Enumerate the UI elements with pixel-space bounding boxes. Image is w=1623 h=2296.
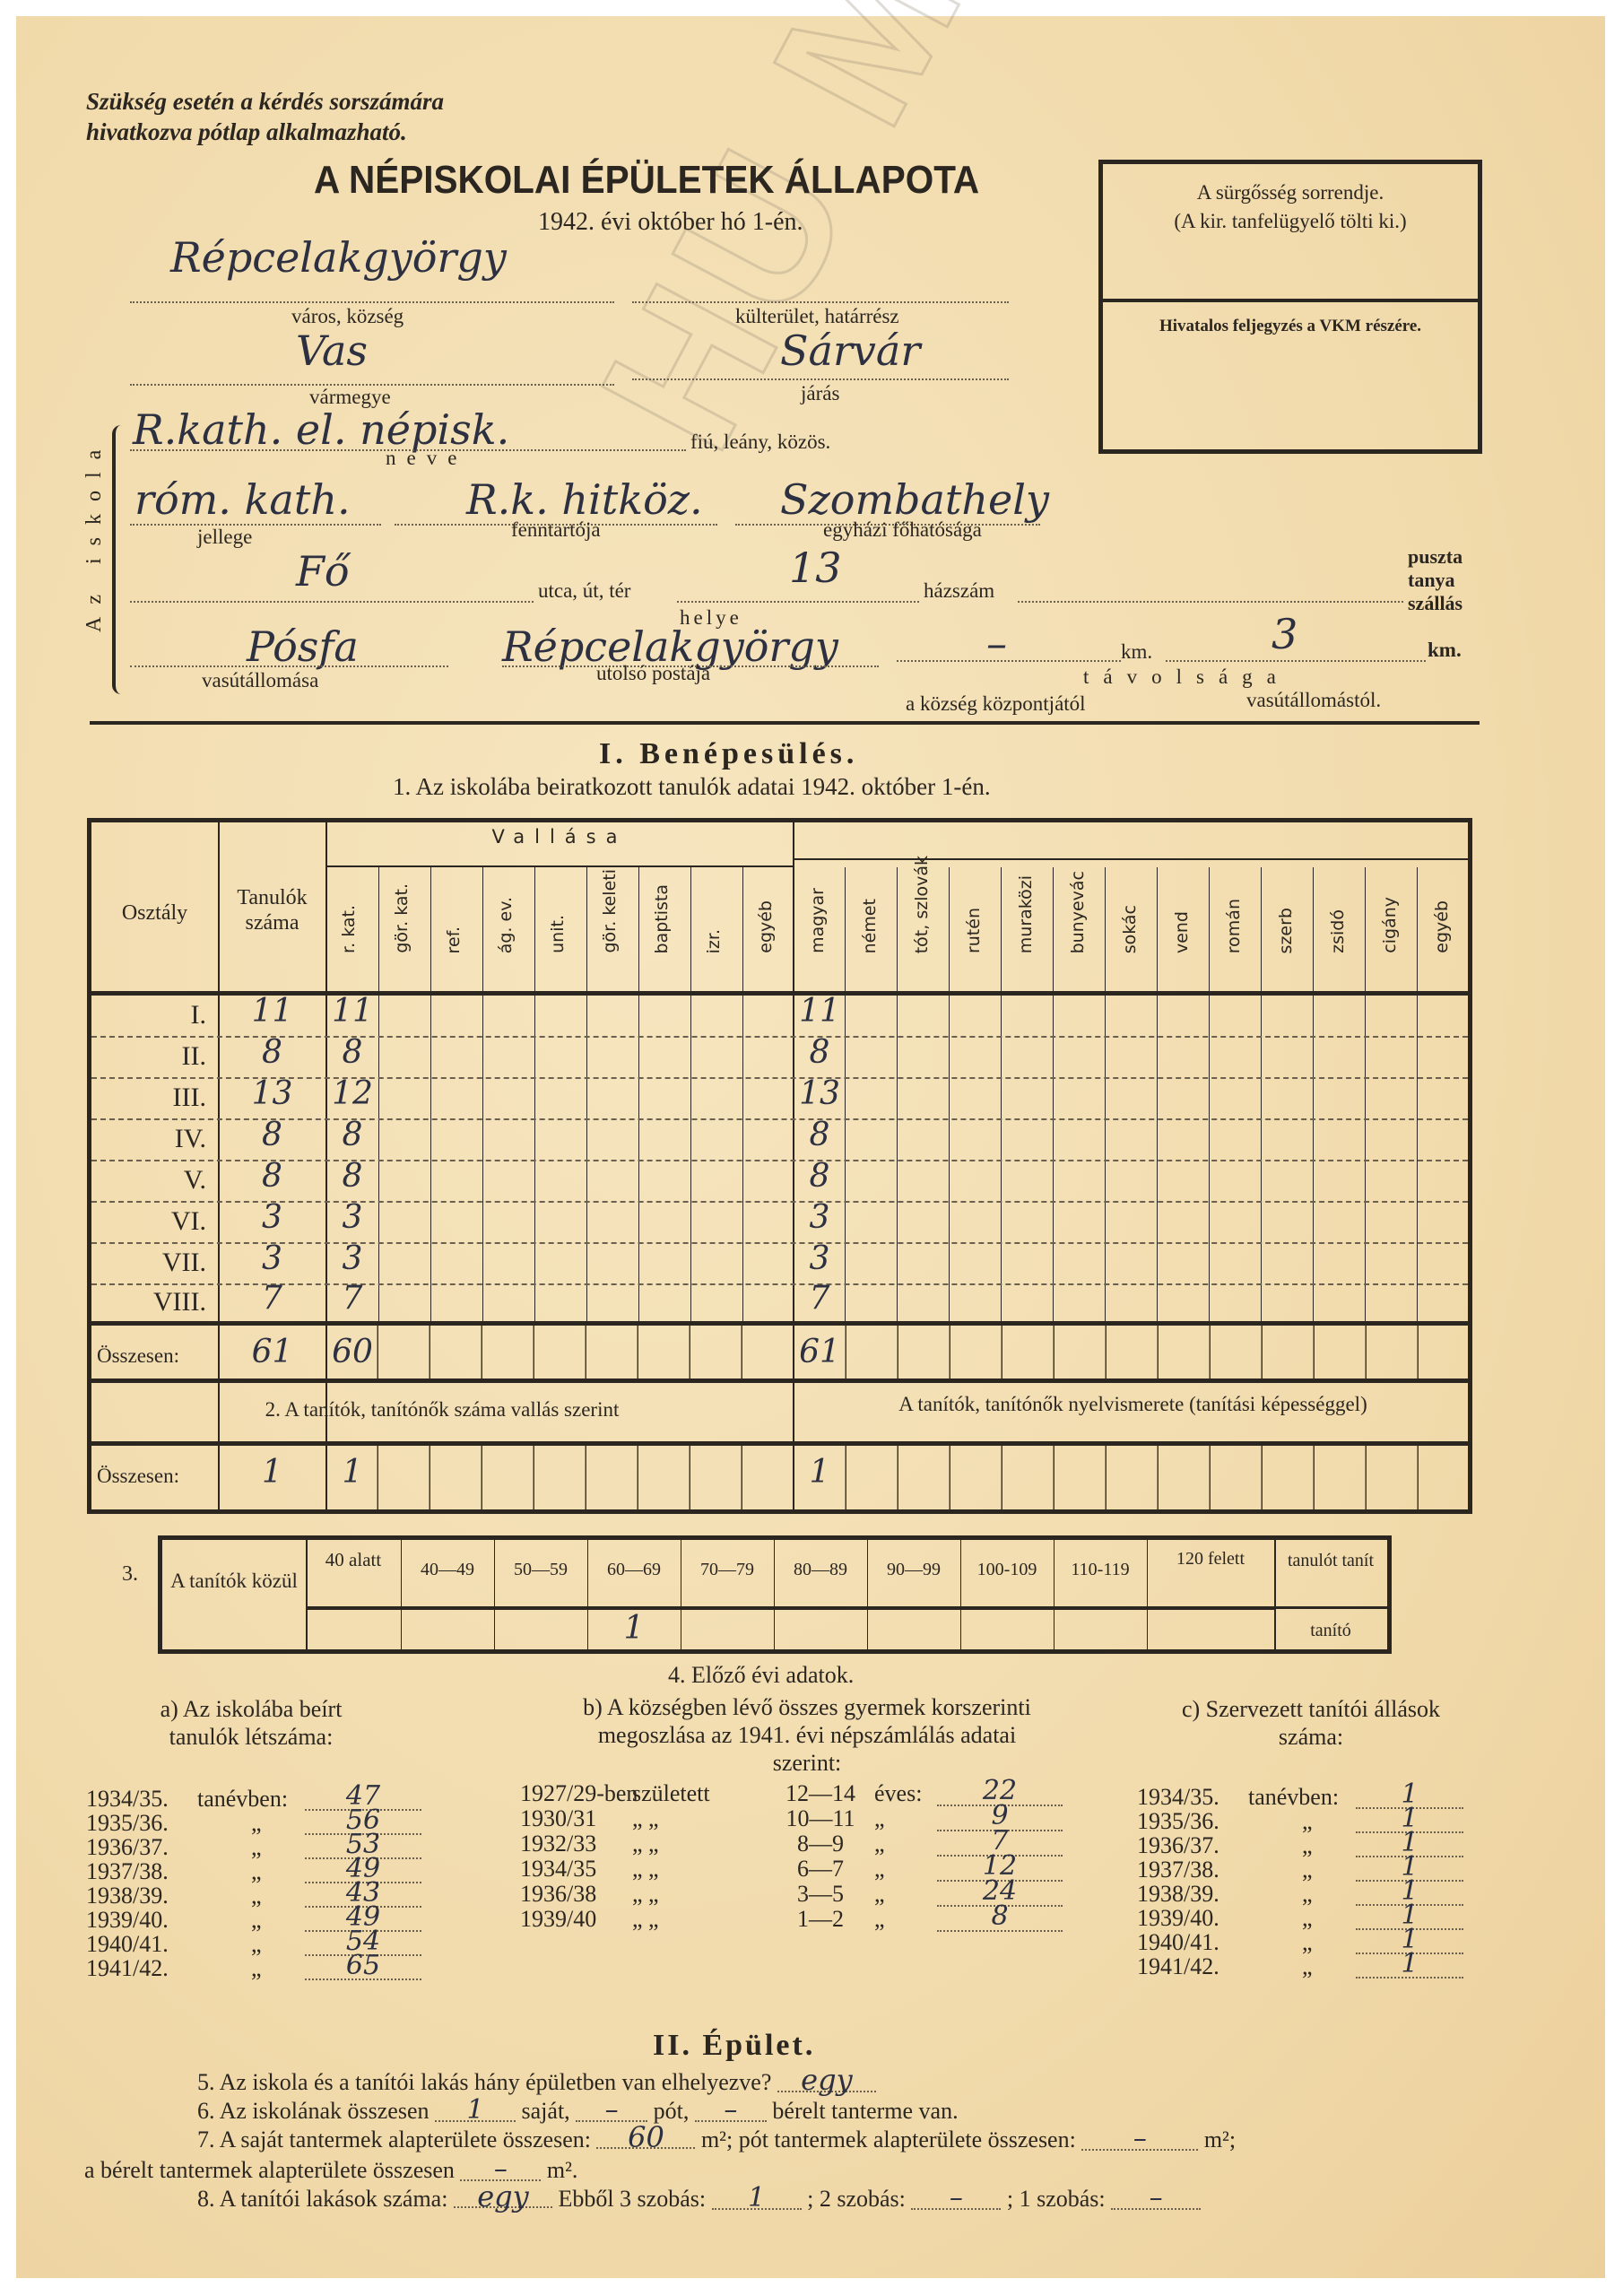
cell-students[interactable]: 3	[219, 1240, 325, 1277]
list-item: 1932/33„ „8—9„7	[520, 1831, 1063, 1857]
q6-extra-value[interactable]: –	[576, 2100, 647, 2122]
district-label: járás	[801, 382, 839, 405]
q8-2room-value[interactable]: –	[911, 2188, 1001, 2210]
cell-students[interactable]: 8	[219, 1034, 325, 1071]
t3-col: 40—49	[401, 1560, 494, 1580]
t3-col: 60—69	[587, 1560, 681, 1580]
vkm-note-label: Hivatalos feljegyzés a VKM részére.	[1103, 317, 1478, 336]
t3-col: 50—59	[494, 1560, 587, 1580]
age-1-2[interactable]: 8	[937, 1907, 1063, 1932]
col-baptista: baptista	[652, 884, 672, 953]
q7: 7. A saját tantermek alapterülete összes…	[197, 2126, 1236, 2153]
prev-enrollment-list: 1934/35.tanévben:47 1935/36.„56 1936/37.…	[86, 1787, 421, 1980]
col-r-kat: r. kat.	[339, 905, 359, 953]
t3-col: 110-119	[1054, 1560, 1147, 1580]
section2-title: II. Épület.	[653, 2029, 815, 2063]
header-note: Szükség esetén a kérdés sorszámára hivat…	[86, 86, 444, 147]
table3-label: A tanítók közül	[162, 1563, 306, 1599]
distance-station-unit: km.	[1428, 639, 1462, 662]
t3-col-over120: 120 felett	[1147, 1547, 1274, 1570]
prev-b-heading: b) A községben lévő összes gyermek korsz…	[511, 1693, 1103, 1777]
col-szerb: szerb	[1276, 908, 1296, 953]
kulterulet-line	[632, 301, 1009, 303]
cell-r-kat[interactable]: 7	[326, 1280, 378, 1317]
positions-1941[interactable]: 1	[1356, 1954, 1463, 1979]
q7-own-area-value[interactable]: 60	[596, 2127, 695, 2149]
q8-1room-value[interactable]: –	[1111, 2188, 1201, 2210]
brace	[112, 425, 121, 694]
prev-positions-list: 1934/35.tanévben:1 1935/36.„1 1936/37.„1…	[1137, 1785, 1463, 1979]
q5: 5. Az iskola és a tanítói lakás hány épü…	[197, 2068, 876, 2096]
list-item: 1934/35„ „6—7„12	[520, 1857, 1063, 1882]
section4-title: 4. Előző évi adatok.	[668, 1661, 854, 1689]
cell-magyar[interactable]: 11	[794, 993, 845, 1030]
q8-3room-value[interactable]: 1	[712, 2188, 802, 2210]
col-ag-ev: ág. ev.	[496, 897, 516, 953]
t3-value-60-69[interactable]: 1	[587, 1610, 681, 1647]
city-value[interactable]: Répcelakgyörgy	[170, 233, 507, 282]
col-class-header: Osztály	[91, 901, 218, 926]
col-vallas-egyeb: egyéb	[756, 900, 776, 953]
house-number-value[interactable]: 13	[789, 544, 842, 592]
station-label: vasútállomása	[202, 669, 318, 692]
cell-students[interactable]: 7	[219, 1280, 325, 1317]
date-line: 1942. évi október hó 1-én.	[538, 208, 803, 237]
col-vend: vend	[1172, 911, 1192, 953]
q7-rented-area-value[interactable]: –	[460, 2160, 541, 2181]
church-authority-label: egyházi főhatósága	[823, 518, 982, 542]
q6: 6. Az iskolának összesen 1 saját, – pót,…	[197, 2097, 959, 2125]
maintainer-label: fenntartója	[511, 518, 601, 542]
urgency-label: A sürgősség sorrendje.	[1103, 178, 1478, 207]
list-item: 1930/31„ „10—11„9	[520, 1806, 1063, 1831]
distance-center-label: a község központjától	[906, 692, 1086, 716]
cell-magyar[interactable]: 7	[794, 1280, 845, 1317]
teachers-total-value[interactable]: 1	[219, 1454, 325, 1491]
distance-station-label: vasútállomástól.	[1246, 689, 1381, 712]
cell-r-kat[interactable]: 8	[326, 1034, 378, 1071]
station-value[interactable]: Pósfa	[247, 622, 359, 671]
maintainer-value[interactable]: R.k. hitköz.	[466, 475, 703, 524]
cell-r-kat[interactable]: 12	[326, 1075, 378, 1112]
prev-age-list: 1927/29-benszületett12—14éves:22 1930/31…	[520, 1781, 1063, 1932]
cell-students[interactable]: 11	[219, 993, 325, 1030]
list-item: 1939/40„ „1—2„8	[520, 1907, 1063, 1932]
col-murakozi: muraközi	[1016, 875, 1036, 953]
col-izr: izr.	[704, 929, 724, 953]
distance-label: távolsága	[1083, 665, 1290, 689]
enrollment-table: Vallása Osztály Tanulók száma r. kat. gö…	[87, 818, 1472, 1514]
t3-col: 80—89	[774, 1560, 867, 1580]
cell-magyar[interactable]: 8	[794, 1034, 845, 1071]
teachers-religion-label: 2. A tanítók, tanítónők száma vallás sze…	[91, 1398, 793, 1422]
list-item: 1941/42.„65	[86, 1956, 421, 1980]
col-nemet: német	[860, 899, 880, 953]
ratio-bottom-label: tanító	[1274, 1621, 1387, 1641]
t3-col: 70—79	[681, 1560, 774, 1580]
col-gor-kat: gör. kat.	[392, 883, 412, 953]
header-note-line2: hivatkozva pótlap alkalmazható.	[86, 117, 444, 147]
city-label: város, község	[291, 305, 404, 328]
teachers-magyar[interactable]: 1	[794, 1454, 845, 1491]
teachers-total-label: Összesen:	[97, 1465, 179, 1488]
table3-number: 3.	[122, 1562, 138, 1587]
teachers-r-kat[interactable]: 1	[326, 1454, 378, 1491]
teacher-ratio-table: A tanítók közül 40 alatt 40—49 50—59 60—…	[158, 1535, 1392, 1654]
urgency-sublabel: (A kir. tanfelügyelő tölti ki.)	[1103, 207, 1478, 236]
distance-center-unit: km.	[1121, 640, 1152, 664]
cell-r-kat[interactable]: 11	[326, 993, 378, 1030]
street-value[interactable]: Fő	[296, 547, 350, 596]
header-note-line1: Szükség esetén a kérdés sorszámára	[86, 86, 444, 117]
county-value[interactable]: Vas	[296, 326, 368, 375]
col-gor-keleti: gör. keleti	[600, 869, 620, 953]
cell-magyar[interactable]: 3	[794, 1240, 845, 1277]
enrollment-1941[interactable]: 65	[305, 1956, 421, 1980]
gender-label: fiú, leány, közös.	[690, 430, 830, 454]
list-item: 1927/29-benszületett12—14éves:22	[520, 1781, 1063, 1806]
section-divider	[90, 721, 1480, 725]
city-line	[130, 301, 614, 303]
list-item: 1941/42.„1	[1137, 1954, 1463, 1979]
q6-rented-value[interactable]: –	[695, 2100, 767, 2122]
cell-r-kat[interactable]: 3	[326, 1199, 378, 1236]
col-nyelv-egyeb: egyéb	[1432, 900, 1452, 953]
q8: 8. A tanítói lakások száma: egy Ebből 3 …	[197, 2185, 1201, 2213]
cell-students[interactable]: 8	[219, 1158, 325, 1195]
prev-c-heading: c) Szervezett tanítói állások száma:	[1132, 1695, 1490, 1751]
official-box: A sürgősség sorrendje. (A kir. tanfelügy…	[1098, 160, 1482, 454]
school-type-label: jellege	[197, 526, 252, 549]
q5-buildings-value[interactable]: egy	[777, 2069, 876, 2092]
t3-col-under40: 40 alatt	[306, 1549, 401, 1570]
school-side-label: Az iskola	[82, 438, 107, 632]
cell-magyar[interactable]: 8	[794, 1158, 845, 1195]
list-item: 1936/38„ „3—5„24	[520, 1882, 1063, 1907]
col-ruten: rutén	[964, 908, 984, 953]
col-students-header: Tanulók száma	[219, 885, 325, 935]
prev-a-heading: a) Az iskolába beírt tanulók létszáma:	[90, 1695, 412, 1751]
col-sokac: sokác	[1120, 905, 1140, 953]
street-label: utca, út, tér	[538, 579, 630, 603]
page-title: A NÉPISKOLAI ÉPÜLETEK ÁLLAPOTA	[314, 158, 979, 203]
religion-group-header: Vallása	[326, 826, 793, 848]
house-number-label: házszám	[924, 579, 994, 603]
ratio-top-label: tanulót tanít	[1274, 1549, 1387, 1572]
distance-station-value[interactable]: 3	[1271, 610, 1298, 658]
t3-col: 90—99	[867, 1560, 960, 1580]
col-ref: ref.	[444, 926, 464, 953]
church-authority-value[interactable]: Szombathely	[780, 475, 1049, 524]
cell-r-kat[interactable]: 8	[326, 1158, 378, 1195]
col-cigany: cigány	[1380, 897, 1400, 953]
section1-title: I. Benépesülés.	[599, 737, 858, 771]
cell-magyar[interactable]: 3	[794, 1199, 845, 1236]
kulterulet-label: külterület, határrész	[735, 305, 899, 328]
cell-students[interactable]: 3	[219, 1199, 325, 1236]
col-roman: román	[1224, 899, 1244, 953]
cell-students[interactable]: 13	[219, 1075, 325, 1112]
col-bunyevac: bunyevác	[1068, 871, 1088, 953]
school-name-label: neve	[386, 447, 467, 470]
col-magyar: magyar	[808, 888, 828, 953]
col-unit: unit.	[548, 915, 568, 953]
cell-r-kat[interactable]: 3	[326, 1240, 378, 1277]
q7-extra-area-value[interactable]: –	[1081, 2129, 1198, 2151]
cell-students[interactable]: 8	[219, 1117, 325, 1153]
col-zsido: zsidó	[1328, 909, 1348, 953]
q8-apartments-value[interactable]: egy	[454, 2187, 552, 2208]
district-value[interactable]: Sárvár	[780, 326, 920, 375]
teachers-language-label: A tanítók, tanítónők nyelvismerete (taní…	[794, 1393, 1471, 1416]
cell-magyar[interactable]: 8	[794, 1117, 845, 1153]
puszta-labels: puszta tanya szállás	[1408, 545, 1462, 615]
q6-own-value[interactable]: 1	[435, 2100, 516, 2122]
col-tot-szlovak: tót, szlovák	[912, 856, 932, 953]
school-type-value[interactable]: róm. kath.	[135, 475, 351, 524]
post-office-label: utolsó postája	[596, 662, 710, 685]
section1-subtitle: 1. Az iskolába beiratkozott tanulók adat…	[393, 773, 991, 801]
cell-magyar[interactable]: 13	[794, 1075, 845, 1112]
cell-r-kat[interactable]: 8	[326, 1117, 378, 1153]
district-line	[632, 378, 1009, 380]
t3-col: 100-109	[960, 1560, 1054, 1580]
